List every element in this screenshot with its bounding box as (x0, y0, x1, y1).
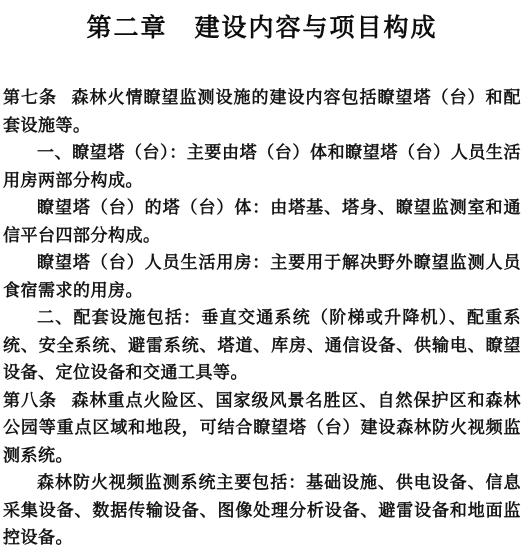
article-8-text: 森林重点火险区、国家级风景名胜区、自然保护区和森林公园等重点区域和地段，可结合瞭… (3, 391, 521, 465)
article-7-text: 森林火情瞭望监测设施的建设内容包括瞭望塔（台）和配套设施等。 (3, 88, 521, 135)
article-8-number: 第八条 (3, 391, 57, 410)
paragraph-video-monitoring-system: 森林防火视频监测系统主要包括：基础设施、供电设备、信息采集设备、数据传输设备、图… (3, 469, 521, 551)
paragraph-tower-body-composition: 瞭望塔（台）的塔（台）体：由塔基、塔身、瞭望监测室和通信平台四部分构成。 (3, 194, 521, 249)
paragraph-supporting-facilities: 二、配套设施包括：垂直交通系统（阶梯或升降机）、配重系统、安全系统、避雷系统、塔… (3, 304, 521, 387)
document-page: 第二章 建设内容与项目构成 第七条森林火情瞭望监测设施的建设内容包括瞭望塔（台）… (0, 0, 524, 551)
article-8-paragraph: 第八条森林重点火险区、国家级风景名胜区、自然保护区和森林公园等重点区域和地段，可… (3, 387, 521, 470)
chapter-title: 第二章 建设内容与项目构成 (3, 8, 521, 44)
article-7-number: 第七条 (3, 88, 57, 107)
article-7-paragraph: 第七条森林火情瞭望监测设施的建设内容包括瞭望塔（台）和配套设施等。 (3, 84, 521, 139)
paragraph-living-quarters: 瞭望塔（台）人员生活用房：主要用于解决野外瞭望监测人员食宿需求的用房。 (3, 249, 521, 304)
paragraph-lookout-tower-composition: 一、瞭望塔（台）：主要由塔（台）体和瞭望塔（台）人员生活用房两部分构成。 (3, 139, 521, 194)
